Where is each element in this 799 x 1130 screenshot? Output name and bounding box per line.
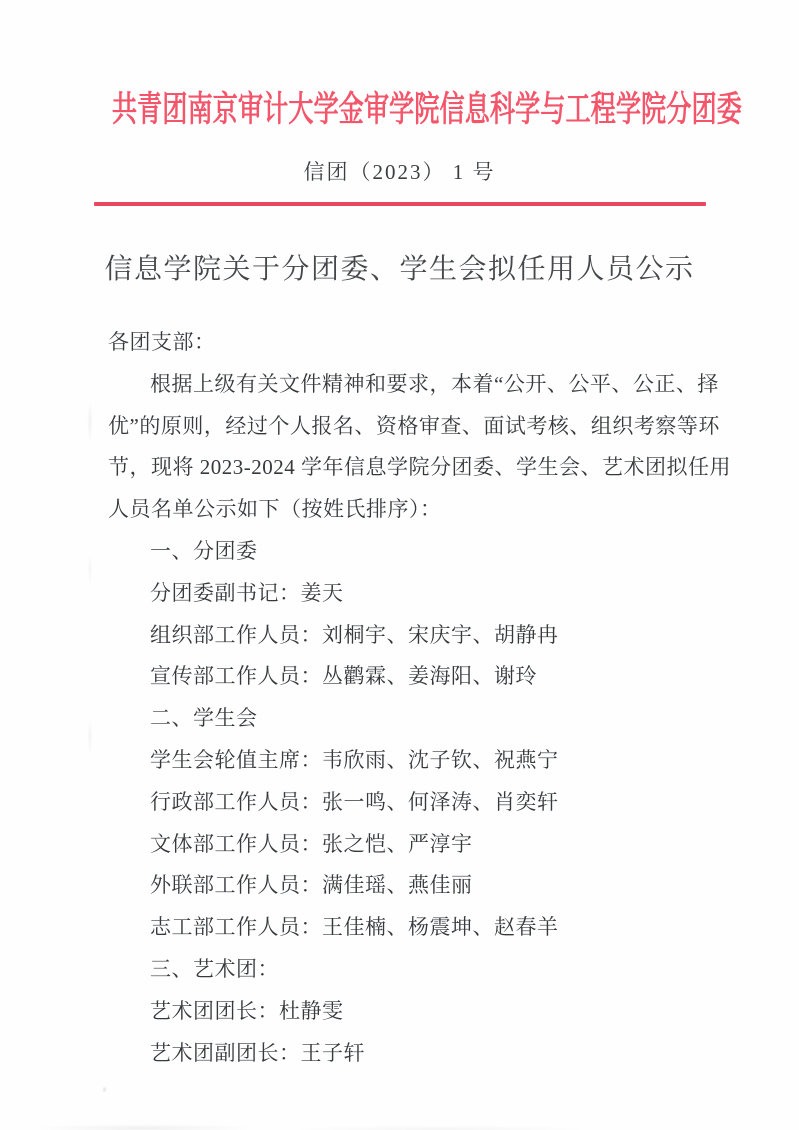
body-line: 志工部工作人员：王佳楠、杨震坤、赵春羊 — [108, 907, 707, 949]
section-heading-line: 一、分团委 — [108, 531, 707, 573]
body-line: 优”的原则，经过个人报名、资格审查、面试考核、组织考察等环 — [108, 406, 707, 448]
scan-artifact — [102, 1086, 107, 1093]
page-title: 信息学院关于分团委、学生会拟任用人员公示 — [0, 247, 799, 287]
scan-artifact — [0, 1112, 799, 1130]
document-body: 各团支部： 根据上级有关文件精神和要求，本着“公开、公平、公正、择 优”的原则，… — [108, 322, 707, 1074]
body-line: 外联部工作人员：满佳瑶、燕佳丽 — [108, 865, 707, 907]
section-heading-line: 三、艺术团： — [108, 949, 707, 991]
body-line: 宣传部工作人员：丛鹳霖、姜海阳、谢玲 — [108, 656, 707, 698]
letterhead-title: 共青团南京审计大学金审学院信息科学与工程学院分团委 — [112, 82, 687, 132]
body-line: 行政部工作人员：张一鸣、何泽涛、肖奕轩 — [108, 782, 707, 824]
section-heading-line: 二、学生会 — [108, 698, 707, 740]
body-line: 艺术团团长：杜静雯 — [108, 991, 707, 1033]
letterhead-divider-rule — [94, 202, 706, 206]
body-line: 组织部工作人员：刘桐宇、宋庆宇、胡静冉 — [108, 615, 707, 657]
body-line: 分团委副书记：姜天 — [108, 573, 707, 615]
scanned-document-page: 共青团南京审计大学金审学院信息科学与工程学院分团委 信团（2023） 1 号 信… — [0, 0, 799, 1130]
scan-artifact — [86, 380, 94, 800]
body-line: 根据上级有关文件精神和要求，本着“公开、公平、公正、择 — [108, 364, 707, 406]
body-line: 人员名单公示如下（按姓氏排序）： — [108, 489, 707, 531]
salutation-line: 各团支部： — [108, 322, 707, 364]
body-line: 学生会轮值主席：韦欣雨、沈子钦、祝燕宁 — [108, 740, 707, 782]
document-number: 信团（2023） 1 号 — [0, 156, 799, 186]
body-line: 节，现将 2023-2024 学年信息学院分团委、学生会、艺术团拟任用 — [108, 447, 707, 489]
body-line: 文体部工作人员：张之恺、严淳宇 — [108, 824, 707, 866]
body-line: 艺术团副团长：王子轩 — [108, 1033, 707, 1075]
